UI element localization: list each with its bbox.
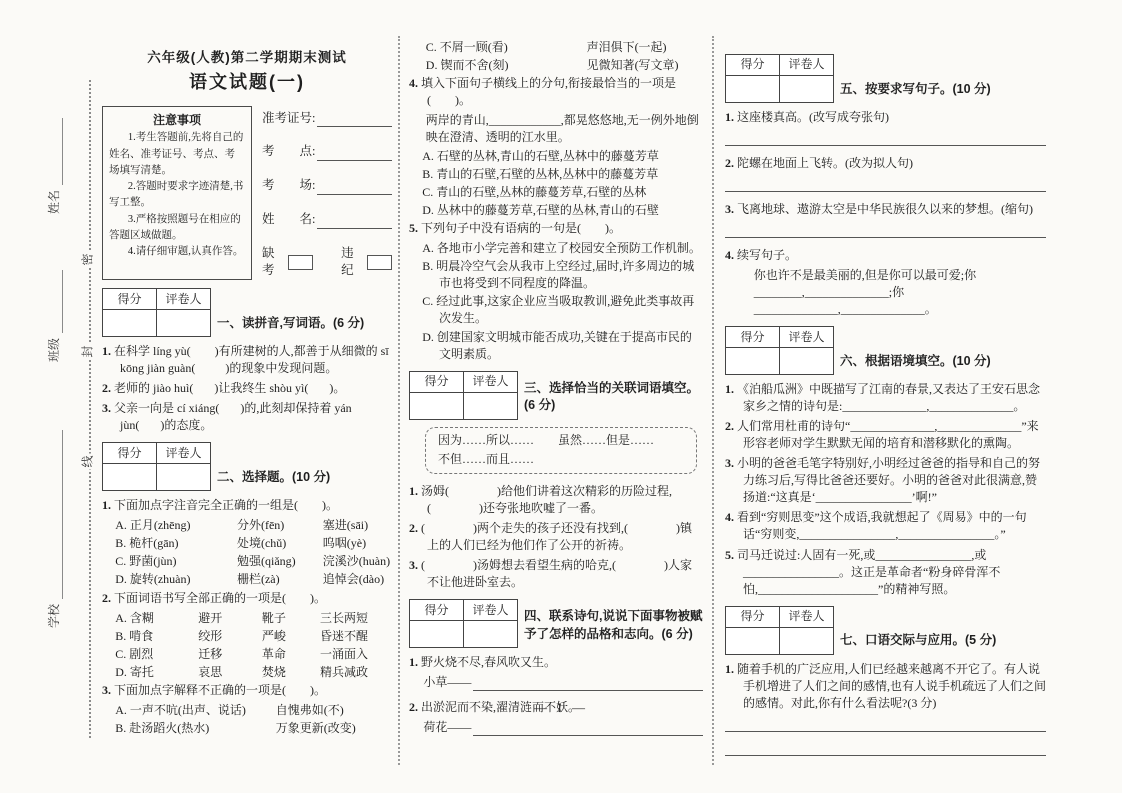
question-item: 5.司马迁说过:人固有一死,或________________,或_______… xyxy=(725,547,1046,598)
option-cell: 塞进(sāi) xyxy=(323,517,392,534)
margin-school-field: 学校 xyxy=(46,430,63,628)
score-table: 得分评卷人 xyxy=(409,599,518,648)
admission-no-line xyxy=(317,114,392,127)
question-number: 1. xyxy=(409,655,418,669)
margin-school-label: 学校 xyxy=(46,604,63,628)
score-table: 得分评卷人 xyxy=(102,288,211,337)
option-cell: 呜咽(yè) xyxy=(323,535,392,552)
score-cell: 得分 xyxy=(726,606,780,627)
question-text: ( )汤姆想去看望生病的哈克,( )人家不让他进卧室去。 xyxy=(421,558,692,589)
violation-label: 违纪 xyxy=(341,245,362,281)
option-row: A. 含糊避开靴子三长两短 xyxy=(115,610,392,627)
question-text: 父亲一向是 cí xiáng( )的,此刻却保持着 yán jùn( )的态度。 xyxy=(114,401,352,432)
question-item: 3.小明的爸爸毛笔字特别好,小明经过爸爸的指导和自己的努力练习后,写得比爸爸还要… xyxy=(725,455,1046,506)
question-item: 2.人们常用杜甫的诗句“______________,_____________… xyxy=(725,418,1046,452)
column-middle: C. 不屑一顾(看)声泪俱下(一起) D. 锲而不舍(刻)见微知著(写文章) 4… xyxy=(398,36,714,765)
relation-words-box: 因为……所以…… 虽然……但是…… 不但……而且…… xyxy=(425,427,697,474)
question-item: 1.汤姆( )给他们讲着这次精彩的历险过程,( )还夸张地吹嘘了一番。 xyxy=(409,483,703,517)
option-cell: 追悼会(dào) xyxy=(323,571,392,588)
option-row: B. 桅杆(gān)处境(chǔ)呜咽(yè) xyxy=(115,535,392,552)
question-text: 下面词语书写全部正确的一项是( )。 xyxy=(114,591,326,605)
question-number: 1. xyxy=(102,498,111,512)
option-cell: 焚烧 xyxy=(262,664,320,681)
exam-site-label: 考 点: xyxy=(262,143,315,161)
section2-title: 二、选择题。(10 分) xyxy=(217,469,330,487)
option-cell: B. 赴汤蹈火(热水) xyxy=(115,720,276,737)
option-cell: C. 野菌(jùn) xyxy=(115,553,237,570)
notice-item: 4.请仔细审题,认真作答。 xyxy=(109,244,245,260)
option-cell: 浣溪沙(huàn) xyxy=(323,553,392,570)
option-item: B. 青山的石壁,石壁的丛林,丛林中的藤蔓芳草 xyxy=(409,166,703,183)
margin-name-field: 姓名 xyxy=(46,118,63,214)
question-text: 野火烧不尽,春风吹又生。 xyxy=(421,655,556,669)
option-cell: 靴子 xyxy=(262,610,320,627)
question-number: 2. xyxy=(725,156,734,170)
option-cell: 一涌面入 xyxy=(320,646,392,663)
question-number: 4. xyxy=(409,76,418,90)
option-cell: D. 锲而不舍(刻) xyxy=(426,57,587,74)
question-number: 1. xyxy=(102,344,111,358)
option-cell: 严峻 xyxy=(262,628,320,645)
option-row: A. 一声不吭(出声、说话)自愧弗如(不) xyxy=(115,702,392,719)
question-text: 《泊船瓜洲》中既描写了江南的春景,又表达了王安石思念家乡之情的诗句是:_____… xyxy=(737,382,1040,413)
question-text: 填入下面句子横线上的分句,衔接最恰当的一项是( )。 xyxy=(421,76,676,107)
score-cell: 得分 xyxy=(410,600,464,621)
option-row: C. 不屑一顾(看)声泪俱下(一起) xyxy=(426,39,703,56)
option-cell: 迁移 xyxy=(198,646,262,663)
question-item: 3.父亲一向是 cí xiáng( )的,此刻却保持着 yán jùn( )的态… xyxy=(102,400,392,434)
question-number: 3. xyxy=(725,202,734,216)
answer-prompt: 小草—— xyxy=(423,674,471,691)
question-item: 4.填入下面句子横线上的分句,衔接最恰当的一项是( )。 xyxy=(409,75,703,109)
admission-no-label: 准考证号: xyxy=(262,110,315,128)
name-line xyxy=(317,216,392,229)
question-text: 下列句子中没有语病的一句是( )。 xyxy=(421,221,621,235)
option-item: C. 经过此事,这家企业应当吸取教训,避免此类事故再次发生。 xyxy=(409,293,703,327)
question-text: 这座楼真高。(改写成夸张句) xyxy=(737,110,889,124)
option-cell: A. 含糊 xyxy=(115,610,198,627)
question-text: 老师的 jiào huì( )让我终生 shòu yì( )。 xyxy=(114,381,345,395)
option-cell: 声泪俱下(一起) xyxy=(587,39,703,56)
question-item: 1.这座楼真高。(改写成夸张句) xyxy=(725,109,1046,126)
section7-title: 七、口语交际与应用。(5 分) xyxy=(840,632,996,650)
question-number: 3. xyxy=(725,456,734,470)
answer-prompt-row: 荷花—— xyxy=(423,719,703,736)
question-text: 下面加点字解释不正确的一项是( )。 xyxy=(114,683,326,697)
option-cell: 昏迷不醒 xyxy=(320,628,392,645)
question-number: 4. xyxy=(725,248,734,262)
option-item: D. 丛林中的藤蔓芳草,石壁的丛林,青山的石壁 xyxy=(409,202,703,219)
question-number: 5. xyxy=(725,548,734,562)
option-row: C. 野菌(jùn)勉强(qiǎng)浣溪沙(huàn) xyxy=(115,553,392,570)
option-cell: D. 旋转(zhuàn) xyxy=(115,571,237,588)
answer-line xyxy=(725,741,1046,756)
score-cell: 得分 xyxy=(103,289,157,310)
question-item: 3.下面加点字解释不正确的一项是( )。 xyxy=(102,682,392,699)
exam-room-label: 考 场: xyxy=(262,177,315,195)
question-text: 小明的爸爸毛笔字特别好,小明经过爸爸的指导和自己的努力练习后,写得比爸爸还要好。… xyxy=(737,456,1040,504)
option-cell: A. 正月(zhēng) xyxy=(115,517,237,534)
section5-title: 五、按要求写句子。(10 分) xyxy=(840,81,991,99)
option-cell: 哀思 xyxy=(198,664,262,681)
option-item: A. 各地市小学完善和建立了校园安全预防工作机制。 xyxy=(409,240,703,257)
question-item: 1.随着手机的广泛应用,人们已经越来越离不开它了。有人说手机增进了人们之间的感情… xyxy=(725,661,1046,712)
grader-cell: 评卷人 xyxy=(464,371,518,392)
column-right: 得分评卷人 五、按要求写句子。(10 分) 1.这座楼真高。(改写成夸张句) 2… xyxy=(714,36,1050,765)
question-body: 两岸的青山,____________,都晃悠悠地,无一例外地倒映在澄清、透明的江… xyxy=(409,112,703,146)
option-row: D. 锲而不舍(刻)见微知著(写文章) xyxy=(426,57,703,74)
question-number: 2. xyxy=(409,521,418,535)
question-number: 3. xyxy=(409,558,418,572)
question-item: 2.陀螺在地面上飞转。(改为拟人句) xyxy=(725,155,1046,172)
notice-item: 3.严格按照题号在相应的答题区域做题。 xyxy=(109,212,245,245)
question-item: 1.在科学 líng yù( )有所建树的人,都善于从细微的 sī kōng j… xyxy=(102,343,392,377)
question-text: 看到“穷则思变”这个成语,我就想起了《周易》中的一句话“穷则变,________… xyxy=(737,510,1027,541)
page-number: — 1 — xyxy=(534,699,588,717)
margin-class-label: 班级 xyxy=(46,338,63,362)
grader-cell: 评卷人 xyxy=(780,327,834,348)
margin-name-line xyxy=(50,118,63,185)
violation-checkbox xyxy=(367,255,392,270)
answer-line xyxy=(725,223,1046,238)
question-item: 5.下列句子中没有语病的一句是( )。 xyxy=(409,220,703,237)
option-cell: B. 桅杆(gān) xyxy=(115,535,237,552)
question-item: 3.飞离地球、遨游太空是中华民族很久以来的梦想。(缩句) xyxy=(725,201,1046,218)
question-text: 汤姆( )给他们讲着这次精彩的历险过程,( )还夸张地吹嘘了一番。 xyxy=(421,484,672,515)
answer-line xyxy=(473,724,703,737)
answer-line xyxy=(725,131,1046,146)
option-cell: 避开 xyxy=(198,610,262,627)
grader-cell: 评卷人 xyxy=(157,289,211,310)
exam-page: 六年级(人教)第二学期期末测试 语文试题(一) 注意事项 1.考生答题前,先将自… xyxy=(98,36,1054,765)
section3-title: 三、选择恰当的关联词语填空。(6 分) xyxy=(524,380,703,415)
question-number: 1. xyxy=(725,110,734,124)
question-text: 下面加点字注音完全正确的一组是( )。 xyxy=(114,498,338,512)
notice-box: 注意事项 1.考生答题前,先将自己的姓名、准考证号、考点、考场填写清楚。 2.答… xyxy=(102,106,252,281)
option-cell: 分外(fēn) xyxy=(237,517,323,534)
option-row: A. 正月(zhēng)分外(fēn)塞进(sāi) xyxy=(115,517,392,534)
option-cell: 栅栏(zà) xyxy=(237,571,323,588)
question-number: 1. xyxy=(725,382,734,396)
question-item: 2.下面词语书写全部正确的一项是( )。 xyxy=(102,590,392,607)
notice-item: 1.考生答题前,先将自己的姓名、准考证号、考点、考场填写清楚。 xyxy=(109,130,245,179)
question-text: 在科学 líng yù( )有所建树的人,都善于从细微的 sī kōng jià… xyxy=(114,344,389,375)
score-table: 得分评卷人 xyxy=(725,606,834,655)
option-row: B. 赴汤蹈火(热水)万象更新(改变) xyxy=(115,720,392,737)
option-cell: D. 寄托 xyxy=(115,664,198,681)
option-row: C. 剧烈迁移革命一涌面入 xyxy=(115,646,392,663)
question-number: 2. xyxy=(102,591,111,605)
question-text: 人们常用杜甫的诗句“______________,______________”… xyxy=(737,419,1039,450)
option-cell: 精兵减政 xyxy=(320,664,392,681)
notice-item: 2.答题时要求字迹清楚,书写工整。 xyxy=(109,179,245,212)
question-item: 2.老师的 jiào huì( )让我终生 shòu yì( )。 xyxy=(102,380,392,397)
question-text: 续写句子。 xyxy=(737,248,797,262)
score-cell: 得分 xyxy=(410,371,464,392)
seal-char: 密 xyxy=(78,252,97,268)
notice-title: 注意事项 xyxy=(109,111,245,130)
question-number: 2. xyxy=(409,700,418,714)
question-text: 陀螺在地面上飞转。(改为拟人句) xyxy=(737,156,913,170)
question-number: 1. xyxy=(409,484,418,498)
question-number: 3. xyxy=(102,401,111,415)
name-label: 姓 名: xyxy=(262,211,315,229)
question-number: 5. xyxy=(409,221,418,235)
absent-checkbox xyxy=(288,255,313,270)
option-row: D. 旋转(zhuàn)栅栏(zà)追悼会(dào) xyxy=(115,571,392,588)
option-cell: 处境(chǔ) xyxy=(237,535,323,552)
question-item: 1.野火烧不尽,春风吹又生。 xyxy=(409,654,703,671)
option-cell: 三长两短 xyxy=(320,610,392,627)
score-table: 得分评卷人 xyxy=(725,54,834,103)
margin-class-line xyxy=(50,270,63,333)
answer-line xyxy=(725,177,1046,192)
option-item: A. 石壁的丛林,青山的石壁,丛林中的藤蔓芳草 xyxy=(409,148,703,165)
option-cell: C. 不屑一顾(看) xyxy=(426,39,587,56)
section1-title: 一、读拼音,写词语。(6 分) xyxy=(217,315,364,333)
score-cell: 得分 xyxy=(726,327,780,348)
question-number: 2. xyxy=(725,419,734,433)
score-cell: 得分 xyxy=(103,443,157,464)
grader-cell: 评卷人 xyxy=(780,55,834,76)
option-cell: B. 啃食 xyxy=(115,628,198,645)
grader-cell: 评卷人 xyxy=(157,443,211,464)
margin-class-field: 班级 xyxy=(46,270,63,362)
relation-words-line: 因为……所以…… 虽然……但是…… xyxy=(438,431,684,450)
question-text: ( )两个走失的孩子还没有找到,( )镇上的人们已经为他们作了公开的祈祷。 xyxy=(421,521,692,552)
option-cell: 革命 xyxy=(262,646,320,663)
registration-fields: 准考证号: 考 点: 考 场: 姓 名: 缺考 违纪 xyxy=(262,106,392,281)
question-text: 司马迁说过:人固有一死,或________________,或_________… xyxy=(737,548,1000,596)
question-item: 4.续写句子。 xyxy=(725,247,1046,264)
question-item: 1.《泊船瓜洲》中既描写了江南的春景,又表达了王安石思念家乡之情的诗句是:___… xyxy=(725,381,1046,415)
option-cell: C. 剧烈 xyxy=(115,646,198,663)
option-row: B. 啃食绞形严峻昏迷不醒 xyxy=(115,628,392,645)
relation-words-line: 不但……而且…… xyxy=(438,450,684,469)
absent-label: 缺考 xyxy=(262,245,283,281)
question-number: 4. xyxy=(725,510,734,524)
margin-school-line xyxy=(50,430,63,599)
score-table: 得分评卷人 xyxy=(409,371,518,420)
option-row: D. 寄托哀思焚烧精兵减政 xyxy=(115,664,392,681)
option-item: C. 青山的石壁,丛林的藤蔓芳草,石壁的丛林 xyxy=(409,184,703,201)
grader-cell: 评卷人 xyxy=(780,606,834,627)
question-item: 2.( )两个走失的孩子还没有找到,( )镇上的人们已经为他们作了公开的祈祷。 xyxy=(409,520,703,554)
question-item: 3.( )汤姆想去看望生病的哈克,( )人家不让他进卧室去。 xyxy=(409,557,703,591)
option-cell: 万象更新(改变) xyxy=(276,720,392,737)
question-body: 你也许不是最美丽的,但是你可以最可爱;你________,___________… xyxy=(725,267,1046,318)
option-cell: 绞形 xyxy=(198,628,262,645)
margin-name-label: 姓名 xyxy=(46,190,63,214)
question-number: 1. xyxy=(725,662,734,676)
answer-line xyxy=(725,717,1046,732)
exam-title: 语文试题(一) xyxy=(102,70,392,96)
option-cell: 见微知著(写文章) xyxy=(587,57,703,74)
score-cell: 得分 xyxy=(726,55,780,76)
exam-subtitle: 六年级(人教)第二学期期末测试 xyxy=(102,48,392,67)
question-text: 随着手机的广泛应用,人们已经越来越离不开它了。有人说手机增进了人们之间的感情,也… xyxy=(737,662,1046,710)
score-table: 得分评卷人 xyxy=(725,326,834,375)
seal-dotted-line xyxy=(89,80,91,738)
seal-char: 线 xyxy=(78,454,97,470)
question-number: 3. xyxy=(102,683,111,697)
answer-line xyxy=(473,679,703,692)
exam-site-line xyxy=(317,148,392,161)
column-left: 六年级(人教)第二学期期末测试 语文试题(一) 注意事项 1.考生答题前,先将自… xyxy=(98,36,398,765)
exam-room-line xyxy=(317,182,392,195)
option-cell: 勉强(qiǎng) xyxy=(237,553,323,570)
grader-cell: 评卷人 xyxy=(464,600,518,621)
option-item: D. 创建国家文明城市能否成功,关键在于提高市民的文明素质。 xyxy=(409,329,703,363)
question-number: 2. xyxy=(102,381,111,395)
section4-title: 四、联系诗句,说说下面事物被赋予了怎样的品格和志向。(6 分) xyxy=(524,608,703,643)
option-cell: A. 一声不吭(出声、说话) xyxy=(115,702,276,719)
option-cell: 自愧弗如(不) xyxy=(276,702,392,719)
option-item: B. 明晨冷空气会从我市上空经过,届时,许多周边的城市也将受到不同程度的降温。 xyxy=(409,258,703,292)
question-item: 1.下面加点字注音完全正确的一组是( )。 xyxy=(102,497,392,514)
question-item: 4.看到“穷则思变”这个成语,我就想起了《周易》中的一句话“穷则变,______… xyxy=(725,509,1046,543)
answer-prompt: 荷花—— xyxy=(423,719,471,736)
seal-char: 封 xyxy=(78,344,97,360)
answer-prompt-row: 小草—— xyxy=(423,674,703,691)
question-text: 飞离地球、遨游太空是中华民族很久以来的梦想。(缩句) xyxy=(737,202,1033,216)
score-table: 得分评卷人 xyxy=(102,442,211,491)
section6-title: 六、根据语境填空。(10 分) xyxy=(840,353,991,371)
